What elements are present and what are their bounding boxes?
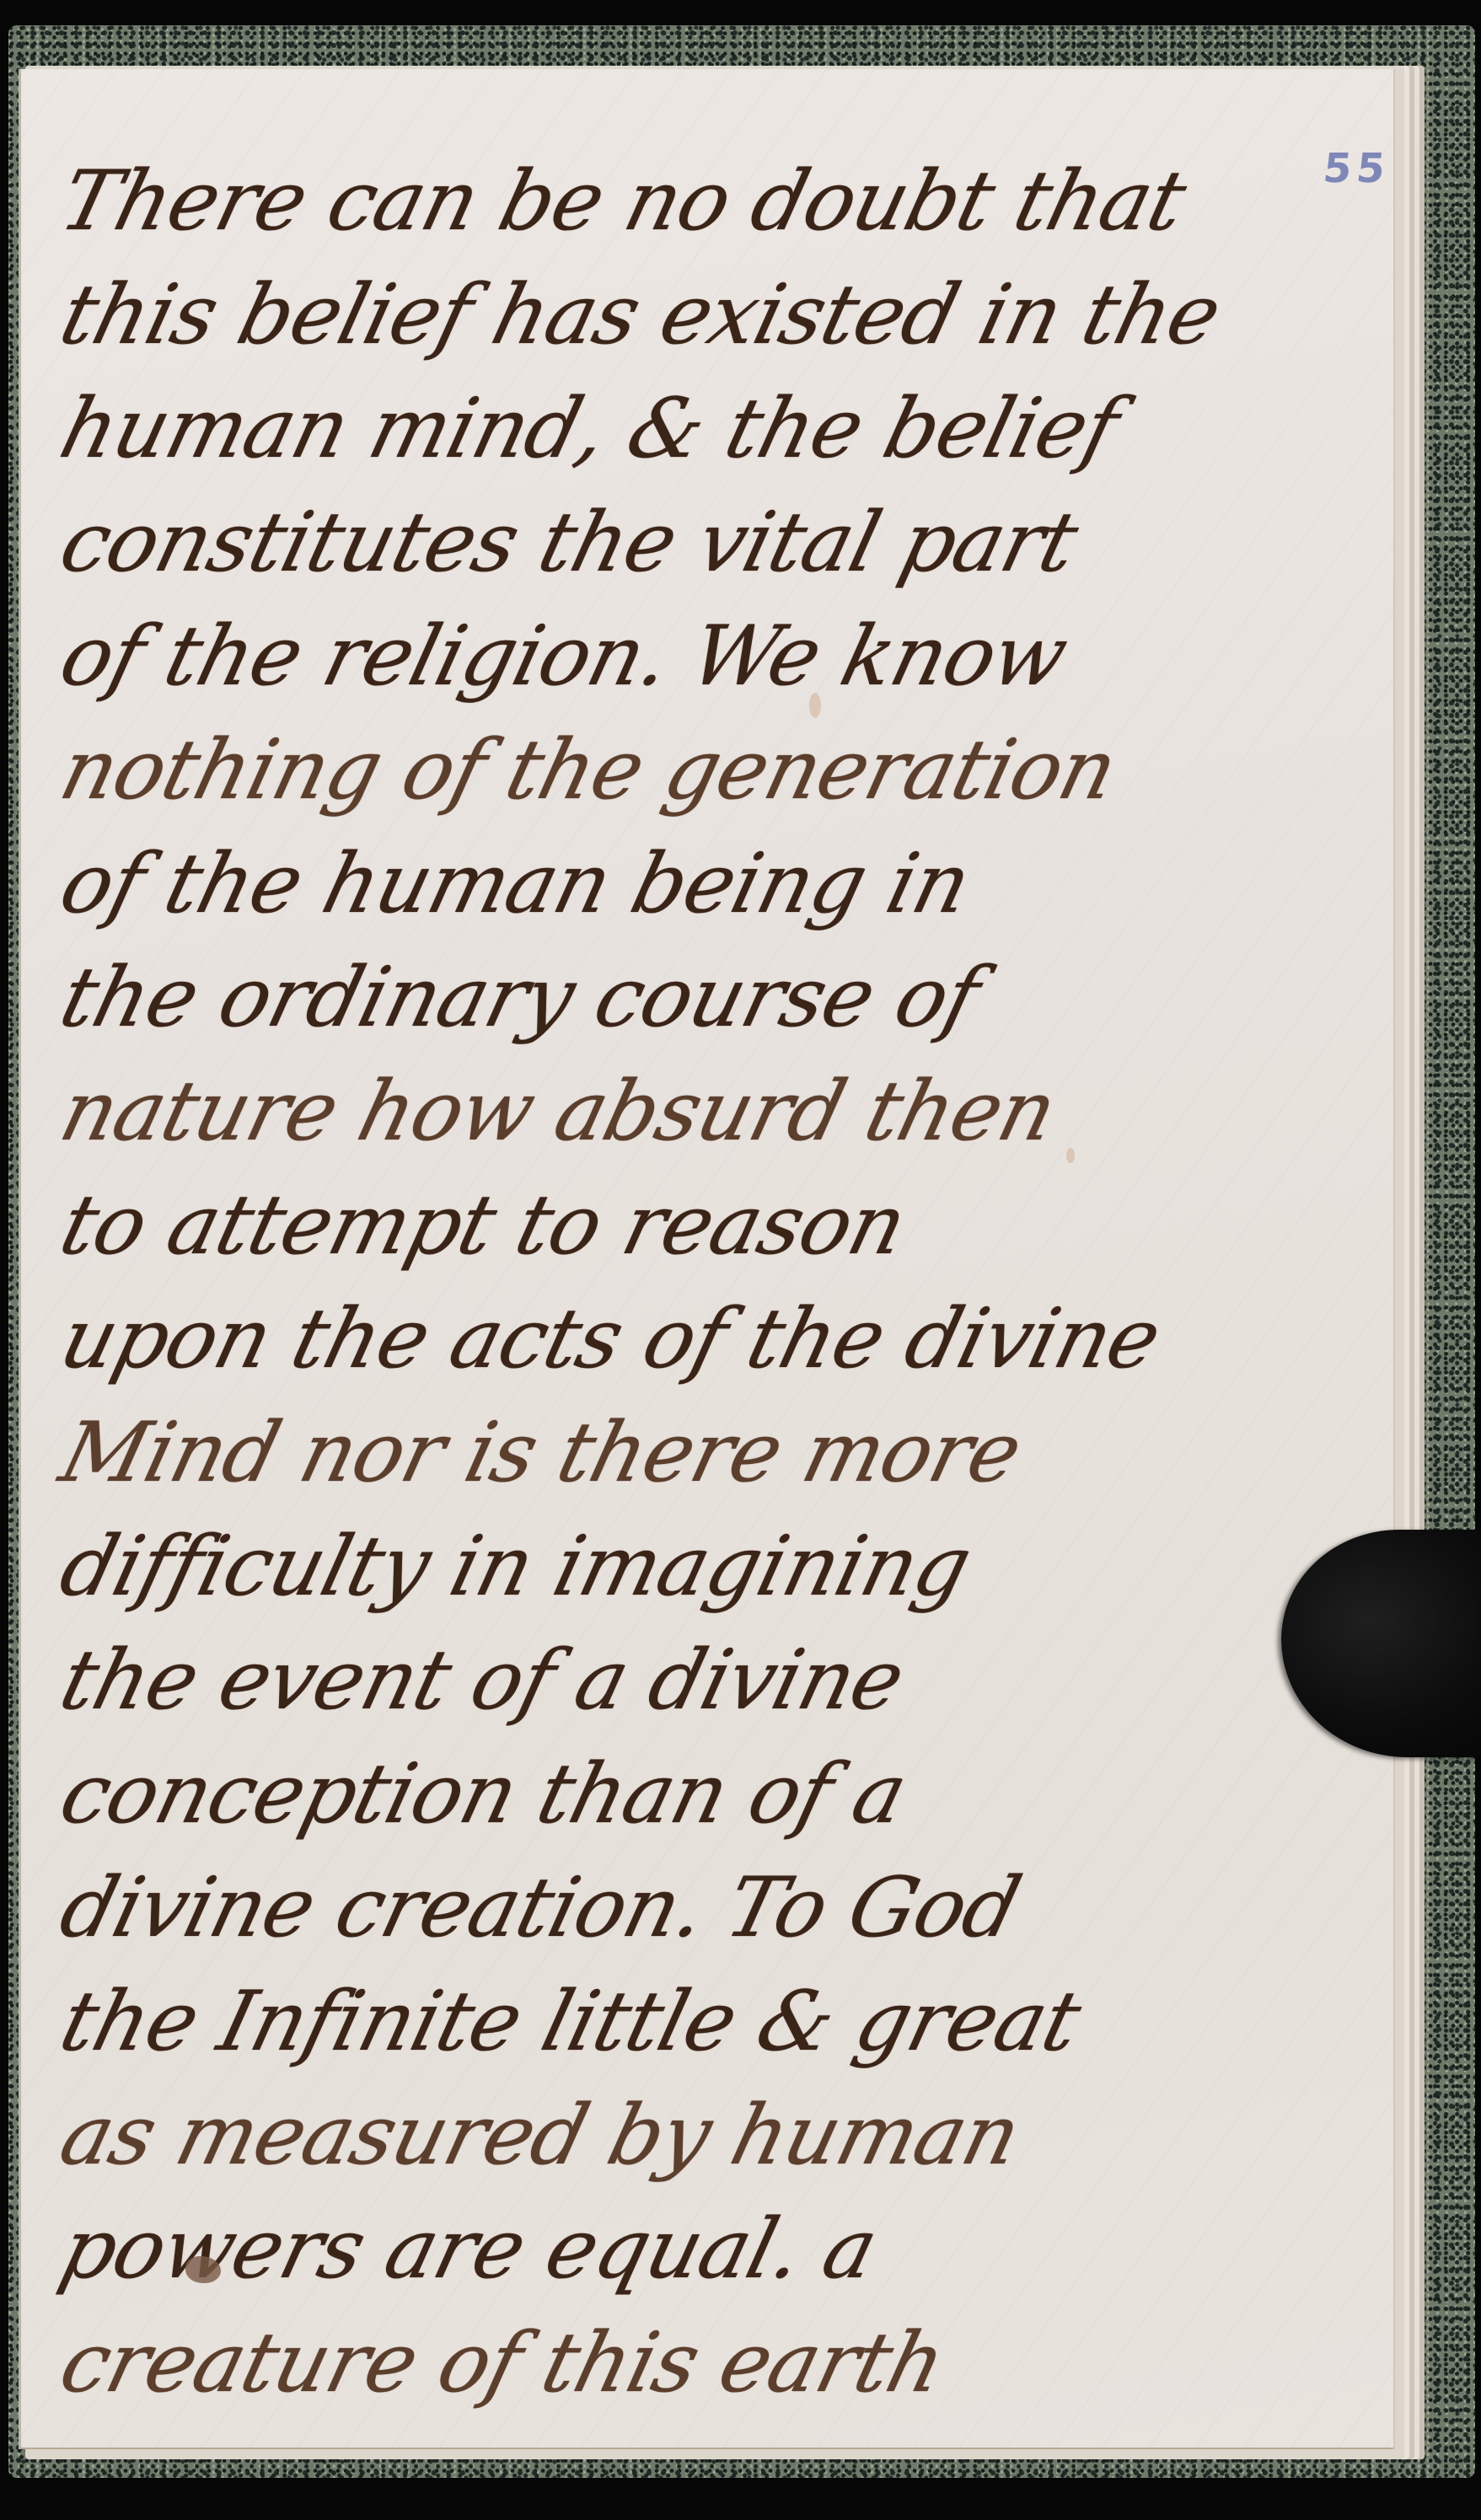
text-line: conception than of a [49, 1738, 1392, 1852]
text-line: to attempt to reason [49, 1169, 1392, 1283]
text-line: the Infinite little & great [49, 1965, 1392, 2079]
text-line: nothing of the generation [49, 714, 1392, 828]
text-line: nature how absurd then [49, 1055, 1392, 1169]
text-line: the ordinary course of [49, 941, 1392, 1055]
text-line: of the religion. We know [49, 600, 1392, 714]
text-line: upon the acts of the divine [49, 1283, 1392, 1397]
text-line: human mind, & the belief [49, 373, 1392, 486]
text-line: There can be no doubt that [49, 145, 1392, 259]
paper-stain [1066, 1148, 1075, 1163]
text-line: of the human being in [49, 828, 1392, 941]
manuscript-page: 55 There can be no doubt that this belie… [19, 69, 1393, 2449]
text-line: creature of this earth [49, 2307, 1392, 2421]
text-line: the event of a divine [49, 1624, 1392, 1738]
text-line: divine creation. To God [49, 1852, 1392, 1965]
photo-background: 55 There can be no doubt that this belie… [0, 0, 1481, 2520]
paper-stain [809, 693, 821, 718]
text-line: Mind nor is there more [49, 1397, 1392, 1510]
handwritten-text: There can be no doubt that this belief h… [63, 145, 1378, 2421]
text-line: powers are equal. a [49, 2193, 1392, 2307]
text-line: as measured by human [49, 2079, 1392, 2193]
text-line: this belief has existed in the [49, 259, 1392, 373]
ink-blot [185, 2256, 221, 2283]
text-line: difficulty in imagining [49, 1510, 1392, 1624]
text-line: constitutes the vital part [49, 486, 1392, 600]
